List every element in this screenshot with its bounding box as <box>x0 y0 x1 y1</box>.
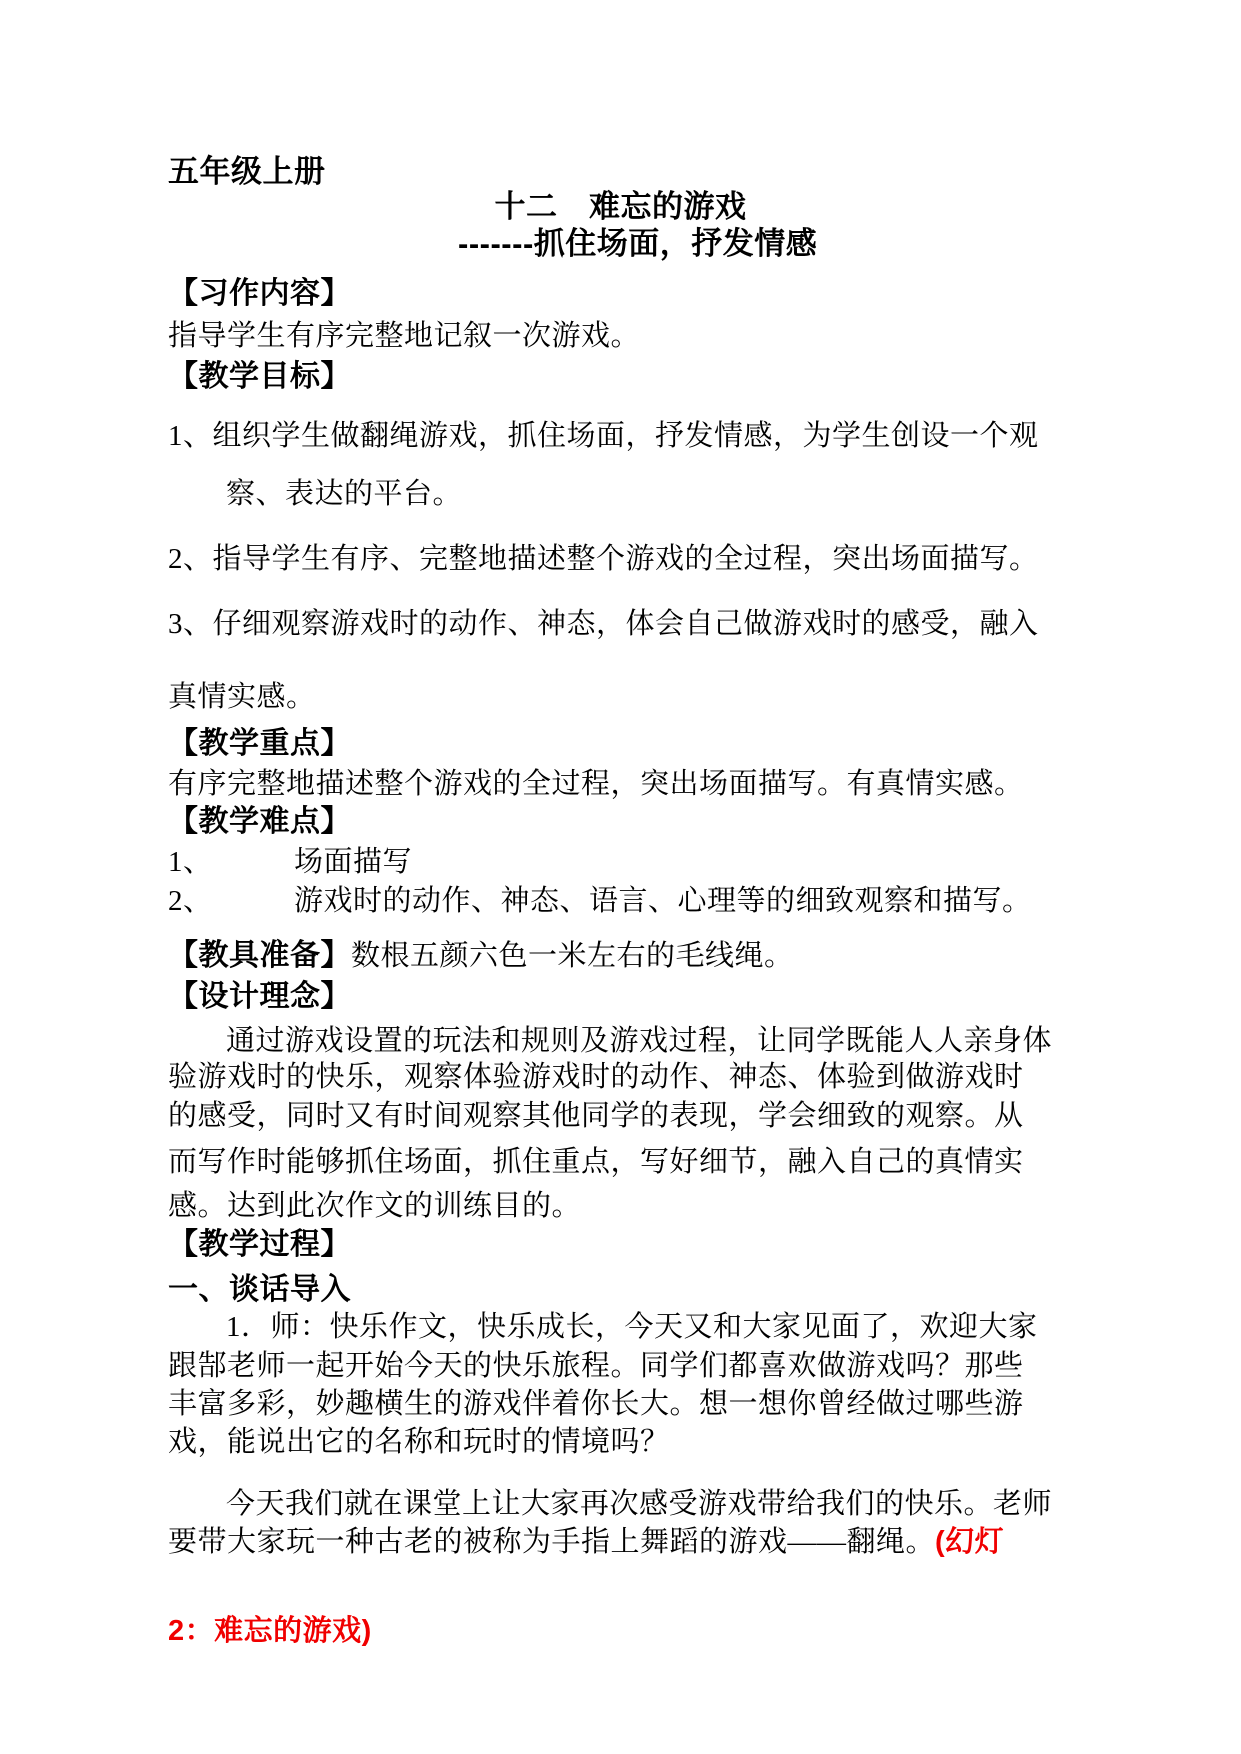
design-concept-line-5: 感。达到此次作文的训练目的。 <box>168 1190 581 1223</box>
difficulty-item-2-text: 游戏时的动作、神态、语言、心理等的细致观察和描写。 <box>294 885 1032 917</box>
design-concept-line-1: 通过游戏设置的玩法和规则及游戏过程，让同学既能人人亲身体 <box>226 1025 1052 1058</box>
goal-item-3-line-1: 3、仔细观察游戏时的动作、神态，体会自己做游戏时的感受，融入 <box>168 608 1039 641</box>
intro-paragraph-1-line-2: 跟郜老师一起开始今天的快乐旅程。同学们都喜欢做游戏吗？那些 <box>168 1350 1024 1383</box>
slide-note-part-1: (幻灯 <box>935 1526 1004 1558</box>
intro-paragraph-2-line-2: 要带大家玩一种古老的被称为手指上舞蹈的游戏——翻绳。(幻灯 <box>168 1526 1004 1559</box>
difficulty-item-2-number: 2、 <box>168 885 294 918</box>
doc-subtitle: -------抓住场面，抒发情感 <box>458 226 817 262</box>
heading-teaching-process: 【教学过程】 <box>168 1228 351 1263</box>
document-page: 五年级上册 十二 难忘的游戏 -------抓住场面，抒发情感 【习作内容】 指… <box>0 0 1241 1754</box>
difficulty-item-2: 2、游戏时的动作、神态、语言、心理等的细致观察和描写。 <box>168 885 1032 918</box>
teaching-aids-line: 【教具准备】数根五颜六色一米左右的毛线绳。 <box>168 939 794 974</box>
intro-paragraph-1-line-1: 1．师：快乐作文，快乐成长，今天又和大家见面了，欢迎大家 <box>226 1311 1038 1344</box>
difficulty-item-1-number: 1、 <box>168 846 294 879</box>
writing-content-text: 指导学生有序完整地记叙一次游戏。 <box>168 320 640 353</box>
teaching-aids-text: 数根五颜六色一米左右的毛线绳。 <box>351 940 794 972</box>
doc-title: 十二 难忘的游戏 <box>0 189 1241 225</box>
goal-item-3-line-2: 真情实感。 <box>168 681 316 714</box>
intro-paragraph-1-line-4: 戏，能说出它的名称和玩时的情境吗？ <box>168 1426 670 1459</box>
intro-paragraph-2-line-1: 今天我们就在课堂上让大家再次感受游戏带给我们的快乐。老师 <box>226 1488 1052 1521</box>
grade-label: 五年级上册 <box>168 154 326 190</box>
goal-item-1-line-2: 察、表达的平台。 <box>226 478 462 511</box>
heading-teaching-goals: 【教学目标】 <box>168 360 351 395</box>
slide-note-part-2: 2：难忘的游戏) <box>168 1615 372 1648</box>
heading-writing-content: 【习作内容】 <box>168 277 351 312</box>
subheading-talk-introduction: 一、谈话导入 <box>168 1273 351 1308</box>
goal-item-1-line-1: 1、组织学生做翻绳游戏，抓住场面，抒发情感，为学生创设一个观 <box>168 420 1039 453</box>
difficulty-item-1-text: 场面描写 <box>294 846 412 878</box>
goal-item-2: 2、指导学生有序、完整地描述整个游戏的全过程，突出场面描写。 <box>168 543 1039 576</box>
heading-teaching-aids: 【教具准备】 <box>168 939 351 972</box>
teaching-focus-text: 有序完整地描述整个游戏的全过程，突出场面描写。有真情实感。 <box>168 768 1024 801</box>
heading-teaching-difficulties: 【教学难点】 <box>168 805 351 840</box>
design-concept-line-3: 的感受，同时又有时间观察其他同学的表现，学会细致的观察。从 <box>168 1100 1024 1133</box>
difficulty-item-1: 1、场面描写 <box>168 846 412 879</box>
design-concept-line-2: 验游戏时的快乐，观察体验游戏时的动作、神态、体验到做游戏时 <box>168 1061 1024 1094</box>
heading-teaching-focus: 【教学重点】 <box>168 727 351 762</box>
intro-paragraph-2-line-2-black: 要带大家玩一种古老的被称为手指上舞蹈的游戏——翻绳。 <box>168 1526 935 1558</box>
intro-paragraph-1-line-3: 丰富多彩，妙趣横生的游戏伴着你长大。想一想你曾经做过哪些游 <box>168 1388 1024 1421</box>
design-concept-line-4: 而写作时能够抓住场面，抓住重点，写好细节，融入自己的真情实 <box>168 1146 1024 1179</box>
heading-design-concept: 【设计理念】 <box>168 980 351 1015</box>
